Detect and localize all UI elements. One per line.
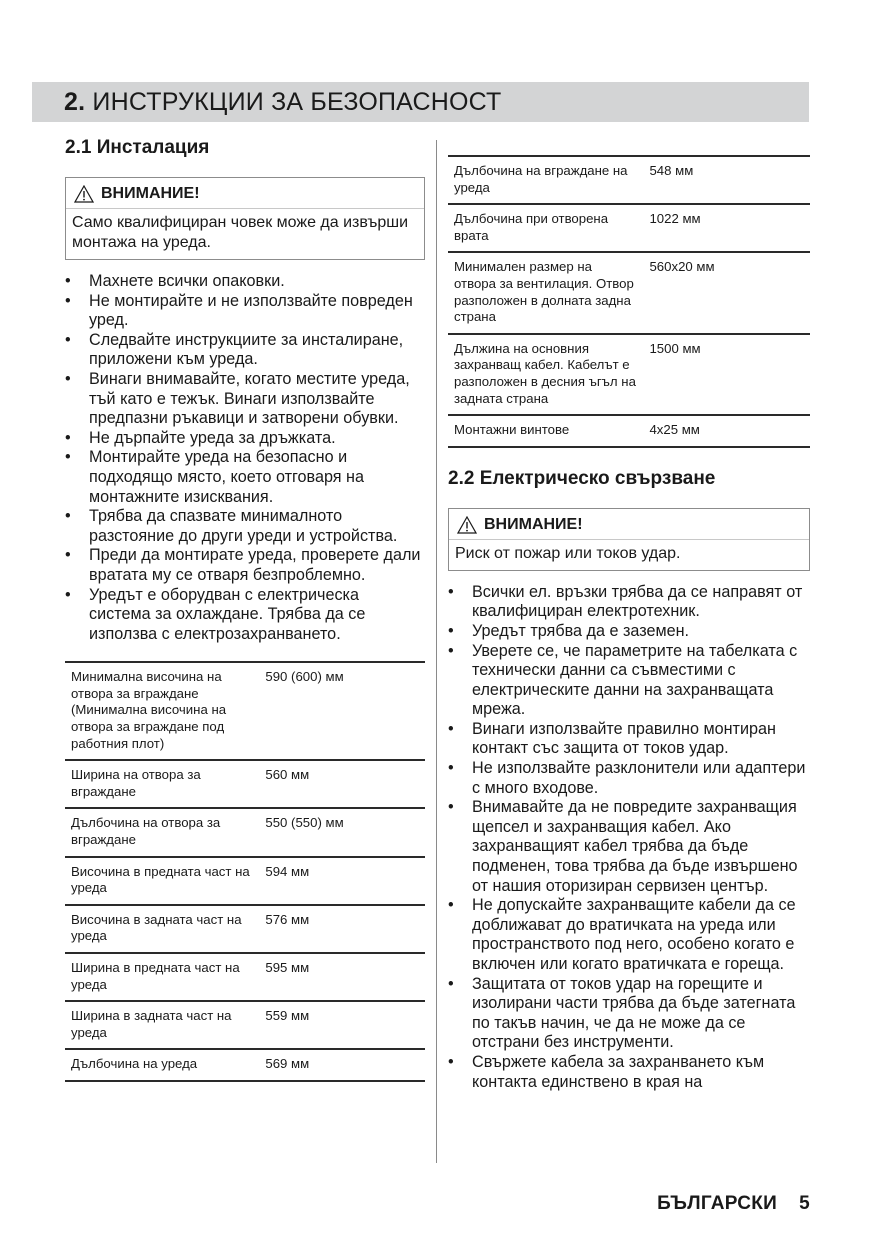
spec-value: 4x25 мм bbox=[643, 415, 810, 447]
spec-label: Ширина на отвора за вграждане bbox=[65, 760, 259, 808]
installation-heading: 2.1 Инсталация bbox=[65, 135, 425, 161]
bullet-item: Не дърпайте уреда за дръжката. bbox=[65, 429, 425, 449]
bullet-item: Уредът е оборудван с електрическа систем… bbox=[65, 586, 425, 645]
page-number: 5 bbox=[799, 1193, 810, 1214]
section-number: 2. bbox=[64, 88, 85, 116]
spec-value: 576 мм bbox=[259, 905, 425, 953]
bullet-item: Уредът трябва да е заземен. bbox=[448, 622, 810, 642]
electrical-heading: 2.2 Електрическо свързване bbox=[448, 466, 810, 492]
section-header-bar: 2. ИНСТРУКЦИИ ЗА БЕЗОПАСНОСТ bbox=[32, 82, 809, 122]
bullet-item: Не монтирайте и не използвайте повреден … bbox=[65, 292, 425, 331]
table-row: Дълбочина на отвора за вграждане550 (550… bbox=[65, 808, 425, 856]
bullet-item: Махнете всички опаковки. bbox=[65, 272, 425, 292]
spec-label: Дълбочина на вграждане на уреда bbox=[448, 156, 643, 204]
table-row: Ширина в предната част на уреда595 мм bbox=[65, 953, 425, 1001]
bullet-item: Защитата от токов удар на горещите и изо… bbox=[448, 975, 810, 1053]
warning-text: Само квалифициран човек може да извърши … bbox=[66, 209, 424, 259]
bullet-item: Всички ел. връзки трябва да се направят … bbox=[448, 583, 810, 622]
warning-header: ВНИМАНИЕ! bbox=[449, 509, 809, 540]
spec-value: 560 мм bbox=[259, 760, 425, 808]
warning-title: ВНИМАНИЕ! bbox=[101, 185, 200, 203]
bullet-item: Монтирайте уреда на безопасно и подходящ… bbox=[65, 448, 425, 507]
installation-dimensions-table-continued: Дълбочина на вграждане на уреда548 ммДъл… bbox=[448, 155, 810, 448]
table-row: Дълбочина на вграждане на уреда548 мм bbox=[448, 156, 810, 204]
spec-label: Дълбочина при отворена врата bbox=[448, 204, 643, 252]
table-row: Височина в предната част на уреда594 мм bbox=[65, 857, 425, 905]
spec-value: 594 мм bbox=[259, 857, 425, 905]
page-footer: БЪЛГАРСКИ5 bbox=[657, 1193, 810, 1215]
warning-triangle-icon bbox=[457, 516, 477, 534]
bullet-item: Преди да монтирате уреда, проверете дали… bbox=[65, 546, 425, 585]
section-title: 2. ИНСТРУКЦИИ ЗА БЕЗОПАСНОСТ bbox=[64, 88, 502, 117]
table-row: Дълбочина на уреда569 мм bbox=[65, 1049, 425, 1081]
electrical-warning-box: ВНИМАНИЕ! Риск от пожар или токов удар. bbox=[448, 508, 810, 571]
column-divider bbox=[436, 140, 437, 1163]
table-row: Монтажни винтове4x25 мм bbox=[448, 415, 810, 447]
installation-dimensions-table: Минимална височина на отвора за вграждан… bbox=[65, 661, 425, 1082]
spec-label: Ширина в задната част на уреда bbox=[65, 1001, 259, 1049]
bullet-item: Не използвайте разклонители или адаптери… bbox=[448, 759, 810, 798]
table-row: Минимален размер на отвора за вентилация… bbox=[448, 252, 810, 333]
spec-value: 550 (550) мм bbox=[259, 808, 425, 856]
table-row: Минимална височина на отвора за вграждан… bbox=[65, 662, 425, 760]
bullet-item: Винаги използвайте правилно монтиран кон… bbox=[448, 720, 810, 759]
spec-value: 559 мм bbox=[259, 1001, 425, 1049]
table-row: Ширина в задната част на уреда559 мм bbox=[65, 1001, 425, 1049]
right-column: Дълбочина на вграждане на уреда548 ммДъл… bbox=[448, 135, 810, 1092]
spec-value: 590 (600) мм bbox=[259, 662, 425, 760]
spec-value: 1500 мм bbox=[643, 334, 810, 415]
spec-label: Дължина на основния захранващ кабел. Каб… bbox=[448, 334, 643, 415]
warning-title: ВНИМАНИЕ! bbox=[484, 516, 583, 534]
spec-value: 560x20 мм bbox=[643, 252, 810, 333]
spec-value: 569 мм bbox=[259, 1049, 425, 1081]
spec-value: 595 мм bbox=[259, 953, 425, 1001]
bullet-item: Следвайте инструкциите за инсталиране, п… bbox=[65, 331, 425, 370]
spec-value: 1022 мм bbox=[643, 204, 810, 252]
table-row: Ширина на отвора за вграждане560 мм bbox=[65, 760, 425, 808]
section-title-text: ИНСТРУКЦИИ ЗА БЕЗОПАСНОСТ bbox=[92, 88, 501, 116]
electrical-bullet-list: Всички ел. връзки трябва да се направят … bbox=[448, 583, 810, 1092]
spec-label: Дълбочина на отвора за вграждане bbox=[65, 808, 259, 856]
bullet-item: Свържете кабела за захранването към конт… bbox=[448, 1053, 810, 1092]
spec-label: Дълбочина на уреда bbox=[65, 1049, 259, 1081]
spec-value: 548 мм bbox=[643, 156, 810, 204]
bullet-item: Трябва да спазвате минималното разстояни… bbox=[65, 507, 425, 546]
installation-warning-box: ВНИМАНИЕ! Само квалифициран човек може д… bbox=[65, 177, 425, 260]
left-column: 2.1 Инсталация ВНИМАНИЕ! Само квалифицир… bbox=[65, 135, 425, 1082]
warning-header: ВНИМАНИЕ! bbox=[66, 178, 424, 209]
spec-label: Ширина в предната част на уреда bbox=[65, 953, 259, 1001]
footer-language: БЪЛГАРСКИ bbox=[657, 1193, 777, 1214]
spec-label: Минимална височина на отвора за вграждан… bbox=[65, 662, 259, 760]
installation-bullet-list: Махнете всички опаковки.Не монтирайте и … bbox=[65, 272, 425, 644]
spec-label: Височина в предната част на уреда bbox=[65, 857, 259, 905]
warning-triangle-icon bbox=[74, 185, 94, 203]
table-row: Височина в задната част на уреда576 мм bbox=[65, 905, 425, 953]
table-row: Дължина на основния захранващ кабел. Каб… bbox=[448, 334, 810, 415]
bullet-item: Внимавайте да не повредите захранващия щ… bbox=[448, 798, 810, 896]
spec-label: Минимален размер на отвора за вентилация… bbox=[448, 252, 643, 333]
bullet-item: Винаги внимавайте, когато местите уреда,… bbox=[65, 370, 425, 429]
spec-label: Височина в задната част на уреда bbox=[65, 905, 259, 953]
table-row: Дълбочина при отворена врата1022 мм bbox=[448, 204, 810, 252]
bullet-item: Не допускайте захранващите кабели да се … bbox=[448, 896, 810, 974]
bullet-item: Уверете се, че параметрите на табелката … bbox=[448, 642, 810, 720]
warning-text: Риск от пожар или токов удар. bbox=[449, 540, 809, 570]
spec-label: Монтажни винтове bbox=[448, 415, 643, 447]
